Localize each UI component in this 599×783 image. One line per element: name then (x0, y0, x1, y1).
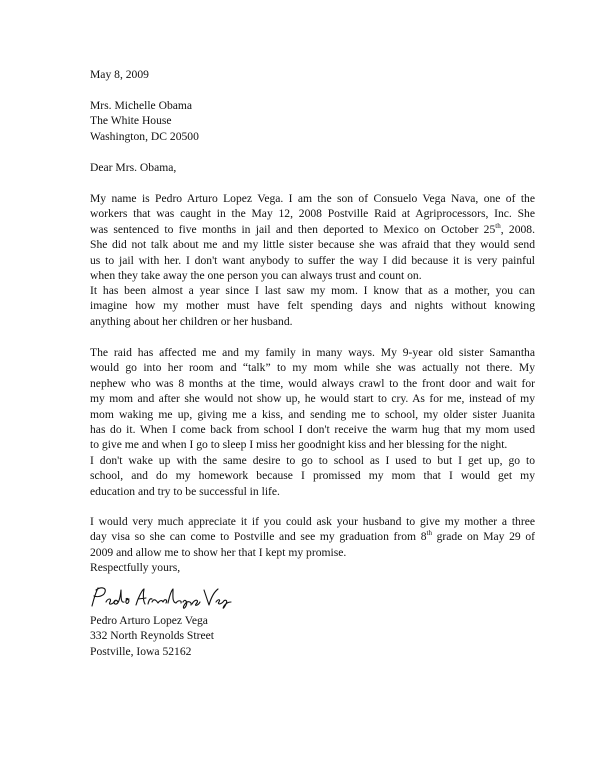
paragraph-5: I would very much appreciate it if you c… (90, 514, 535, 560)
paragraph-line: has do it. When I come back from school … (90, 422, 535, 437)
paragraph-line: She did not talk about me and my little … (90, 237, 535, 252)
paragraph-line: would go into her room and “talk” to my … (90, 360, 535, 375)
sender-address: Pedro Arturo Lopez Vega 332 North Reynol… (90, 613, 535, 659)
sender-city: Postville, Iowa 52162 (90, 644, 535, 659)
sender-street: 332 North Reynolds Street (90, 628, 535, 643)
salutation: Dear Mrs. Obama, (90, 160, 535, 175)
paragraph-line: I would very much appreciate it if you c… (90, 514, 535, 529)
recipient-org: The White House (90, 113, 535, 128)
paragraph-line: school, and do my homework because I pro… (90, 468, 535, 483)
paragraph-line: mom waking me up, giving me a kiss, and … (90, 407, 535, 422)
paragraph-line: when they take away the one person you c… (90, 268, 535, 283)
recipient-name: Mrs. Michelle Obama (90, 98, 535, 113)
paragraph-line: My name is Pedro Arturo Lopez Vega. I am… (90, 191, 535, 206)
paragraph-line: anything about her children or her husba… (90, 314, 535, 329)
paragraph-line: 2009 and allow me to show her that I kep… (90, 545, 535, 560)
letter-page: May 8, 2009 Mrs. Michelle Obama The Whit… (0, 0, 599, 783)
paragraph-line: It has been almost a year since I last s… (90, 283, 535, 298)
paragraph-1: My name is Pedro Arturo Lopez Vega. I am… (90, 191, 535, 283)
paragraph-2: It has been almost a year since I last s… (90, 283, 535, 329)
handwritten-signature (88, 584, 238, 612)
paragraph-line: was sentenced to five months in jail and… (90, 222, 535, 237)
letter-date: May 8, 2009 (90, 67, 535, 82)
sender-name: Pedro Arturo Lopez Vega (90, 613, 535, 628)
closing: Respectfully yours, (90, 560, 535, 575)
recipient-address: Mrs. Michelle Obama The White House Wash… (90, 98, 535, 144)
paragraph-line: The raid has affected me and my family i… (90, 345, 535, 360)
paragraph-line: workers that was caught in the May 12, 2… (90, 206, 535, 221)
paragraph-4: I don't wake up with the same desire to … (90, 453, 535, 499)
paragraph-3: The raid has affected me and my family i… (90, 345, 535, 453)
paragraph-line: nephew who was 8 months at the time, wou… (90, 376, 535, 391)
paragraph-line: education and try to be successful in li… (90, 484, 535, 499)
paragraph-line: to give me and when I go to sleep I miss… (90, 437, 535, 452)
recipient-city: Washington, DC 20500 (90, 129, 535, 144)
paragraph-line: my mom and after she would not show up, … (90, 391, 535, 406)
paragraph-line: us to jail with her. I don't want anybod… (90, 253, 535, 268)
paragraph-line: I don't wake up with the same desire to … (90, 453, 535, 468)
paragraph-line: day visa so she can come to Postville an… (90, 529, 535, 544)
paragraph-line: imagine how my mother must have felt spe… (90, 298, 535, 313)
